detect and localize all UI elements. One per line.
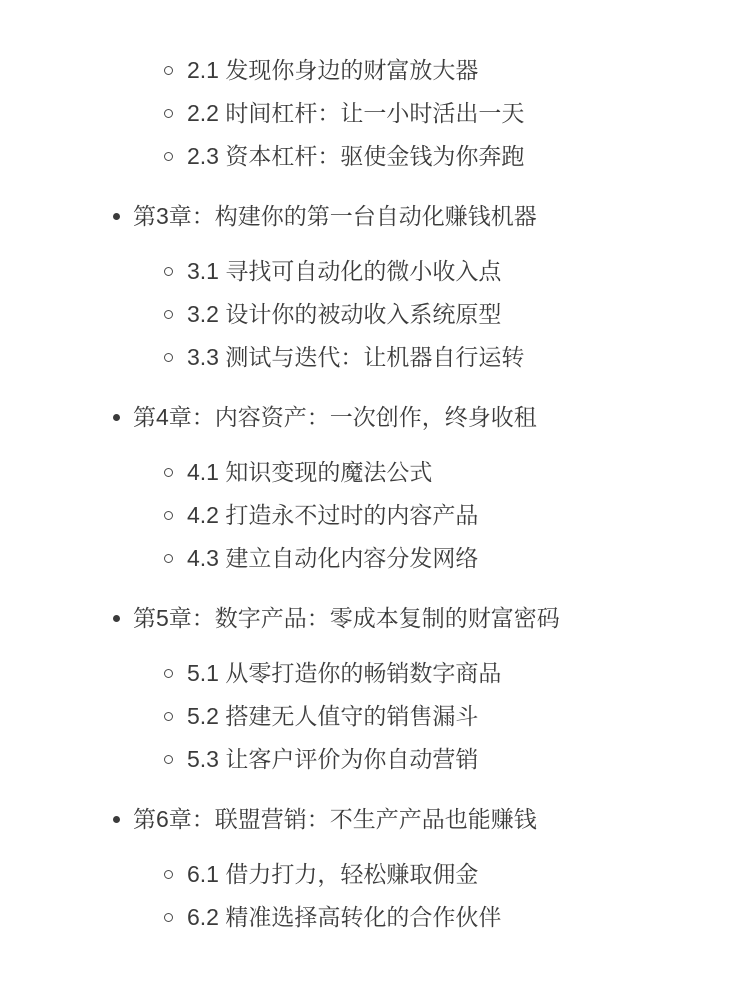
toc-subitem-row: 4.2 打造永不过时的内容产品 — [0, 499, 750, 531]
subitem-label: 6.2 精准选择高转化的合作伙伴 — [187, 901, 501, 933]
chapter-title: 第4章：内容资产：一次创作，终身收租 — [133, 401, 537, 433]
toc-chapter-row: 第3章：构建你的第一台自动化赚钱机器 — [0, 200, 750, 232]
toc-chapter-row: 第4章：内容资产：一次创作，终身收租 — [0, 401, 750, 433]
subitem-label: 3.1 寻找可自动化的微小收入点 — [187, 255, 501, 287]
subitem-label: 5.1 从零打造你的畅销数字商品 — [187, 657, 501, 689]
bullet-hollow-icon — [164, 109, 173, 118]
toc-chapter-row: 第5章：数字产品：零成本复制的财富密码 — [0, 602, 750, 634]
table-of-contents: 2.1 发现你身边的财富放大器2.2 时间杠杆：让一小时活出一天2.3 资本杠杆… — [0, 0, 750, 944]
bullet-hollow-icon — [164, 66, 173, 75]
toc-subitem-row: 3.2 设计你的被动收入系统原型 — [0, 298, 750, 330]
bullet-hollow-icon — [164, 870, 173, 879]
toc-subitem-row: 2.3 资本杠杆：驱使金钱为你奔跑 — [0, 140, 750, 172]
bullet-solid-icon — [113, 414, 120, 421]
chapter-title: 第3章：构建你的第一台自动化赚钱机器 — [133, 200, 537, 232]
subitem-label: 2.2 时间杠杆：让一小时活出一天 — [187, 97, 524, 129]
toc-subitem-row: 5.3 让客户评价为你自动营销 — [0, 743, 750, 775]
bullet-hollow-icon — [164, 669, 173, 678]
bullet-hollow-icon — [164, 353, 173, 362]
subitem-label: 4.2 打造永不过时的内容产品 — [187, 499, 478, 531]
toc-subitem-row: 6.1 借力打力，轻松赚取佣金 — [0, 858, 750, 890]
toc-subitem-row: 2.1 发现你身边的财富放大器 — [0, 54, 750, 86]
subitem-label: 4.3 建立自动化内容分发网络 — [187, 542, 478, 574]
bullet-hollow-icon — [164, 554, 173, 563]
toc-subitem-row: 3.1 寻找可自动化的微小收入点 — [0, 255, 750, 287]
toc-chapter-row: 第6章：联盟营销：不生产产品也能赚钱 — [0, 803, 750, 835]
subitem-label: 5.2 搭建无人值守的销售漏斗 — [187, 700, 478, 732]
bullet-solid-icon — [113, 615, 120, 622]
bullet-hollow-icon — [164, 712, 173, 721]
subitem-label: 3.2 设计你的被动收入系统原型 — [187, 298, 501, 330]
bullet-solid-icon — [113, 213, 120, 220]
subitem-label: 2.1 发现你身边的财富放大器 — [187, 54, 478, 86]
subitem-label: 5.3 让客户评价为你自动营销 — [187, 743, 478, 775]
toc-subitem-row: 4.3 建立自动化内容分发网络 — [0, 542, 750, 574]
chapter-title: 第6章：联盟营销：不生产产品也能赚钱 — [133, 803, 537, 835]
bullet-hollow-icon — [164, 468, 173, 477]
bullet-hollow-icon — [164, 267, 173, 276]
toc-subitem-row: 5.1 从零打造你的畅销数字商品 — [0, 657, 750, 689]
bullet-hollow-icon — [164, 310, 173, 319]
bullet-solid-icon — [113, 816, 120, 823]
toc-subitem-row: 5.2 搭建无人值守的销售漏斗 — [0, 700, 750, 732]
subitem-label: 4.1 知识变现的魔法公式 — [187, 456, 432, 488]
bullet-hollow-icon — [164, 152, 173, 161]
toc-subitem-row: 6.2 精准选择高转化的合作伙伴 — [0, 901, 750, 933]
subitem-label: 2.3 资本杠杆：驱使金钱为你奔跑 — [187, 140, 524, 172]
bullet-hollow-icon — [164, 511, 173, 520]
chapter-title: 第5章：数字产品：零成本复制的财富密码 — [133, 602, 560, 634]
toc-subitem-row: 3.3 测试与迭代：让机器自行运转 — [0, 341, 750, 373]
bullet-hollow-icon — [164, 755, 173, 764]
subitem-label: 6.1 借力打力，轻松赚取佣金 — [187, 858, 478, 890]
toc-subitem-row: 2.2 时间杠杆：让一小时活出一天 — [0, 97, 750, 129]
subitem-label: 3.3 测试与迭代：让机器自行运转 — [187, 341, 524, 373]
bullet-hollow-icon — [164, 913, 173, 922]
toc-subitem-row: 4.1 知识变现的魔法公式 — [0, 456, 750, 488]
